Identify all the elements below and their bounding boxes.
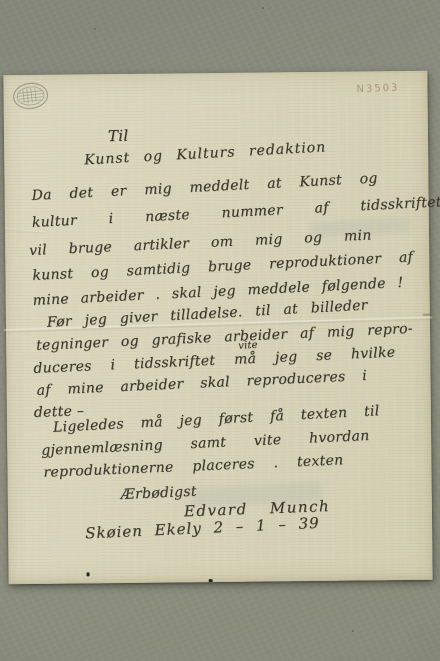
dust-speck [262, 7, 264, 9]
dust-speck [94, 28, 96, 30]
closing-line: Ærbødigst [120, 484, 197, 503]
dust-speck [352, 630, 354, 632]
ink-speck [87, 572, 90, 576]
library-stamp-icon [10, 79, 51, 113]
body-line: Da det er mig meddelt at Kunst og [31, 170, 378, 204]
scan-backdrop: N3503 Til Kunst og Kulturs redaktion Da … [0, 0, 440, 661]
ink-speck [209, 579, 213, 582]
edge-tear [423, 314, 431, 316]
letter-paper-sheet: N3503 Til Kunst og Kulturs redaktion Da … [3, 71, 432, 584]
catalog-number: N3503 [356, 82, 399, 95]
salutation-line: Til [108, 127, 129, 146]
place-date-line: Skøien Ekely 2 – 1 – 39 [85, 514, 320, 543]
